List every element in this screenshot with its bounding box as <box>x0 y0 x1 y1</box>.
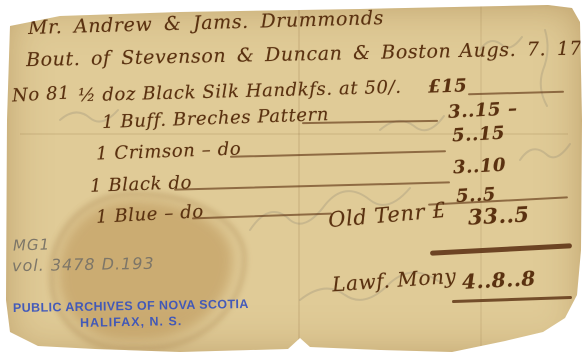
leader-rule <box>468 91 564 95</box>
archive-stamp-line1: PUBLIC ARCHIVES OF NOVA SCOTIA <box>6 297 256 315</box>
line-item-amount: £15 <box>428 75 468 97</box>
lawful-money-label: Lawf. Mony <box>331 264 457 297</box>
sale-and-date-line: Bout. of Stevenson & Duncan & BostonAugs… <box>26 37 588 71</box>
total-label: Old Tenr £ <box>327 198 447 232</box>
archive-reference-line2: vol. 3478 D.193 <box>12 254 155 275</box>
addressee-line: Mr. Andrew & Jams. Drummonds <box>28 7 384 39</box>
flourish-rule <box>430 243 572 255</box>
lawful-money-amount: 4..8..8 <box>461 266 536 294</box>
archive-reference-line1: MG1 <box>13 235 51 254</box>
document-date: Augs. 7. 1768 <box>459 37 588 62</box>
total-amount: 33..5 <box>467 201 530 229</box>
line-item-description: 1 Crimson – do <box>96 138 242 164</box>
line-item-amount: 3..10 <box>452 155 506 179</box>
archive-stamp: PUBLIC ARCHIVES OF NOVA SCOTIA HALIFAX, … <box>6 297 256 331</box>
archive-stamp-line2: HALIFAX, N. S. <box>6 313 256 331</box>
item-number: No 81 <box>11 82 70 106</box>
leader-rule <box>230 150 446 157</box>
lawful-money-underline <box>452 296 572 303</box>
line-item-amount: 3..15 – <box>447 98 518 123</box>
line-item-description: ½ doz Black Silk Handkfs. at 50/. <box>78 77 402 106</box>
leader-rule <box>174 181 450 190</box>
line-item-description: 1 Buff. Breches Pattern <box>102 104 330 133</box>
line-item-amount: 5..15 <box>451 123 505 147</box>
paper-slip: Mr. Andrew & Jams. Drummonds Bout. of St… <box>0 0 588 360</box>
sale-line-text: Bout. of Stevenson & Duncan & Boston <box>26 40 452 71</box>
line-item-description: 1 Black do <box>90 172 193 197</box>
scanned-document: Mr. Andrew & Jams. Drummonds Bout. of St… <box>0 0 588 360</box>
